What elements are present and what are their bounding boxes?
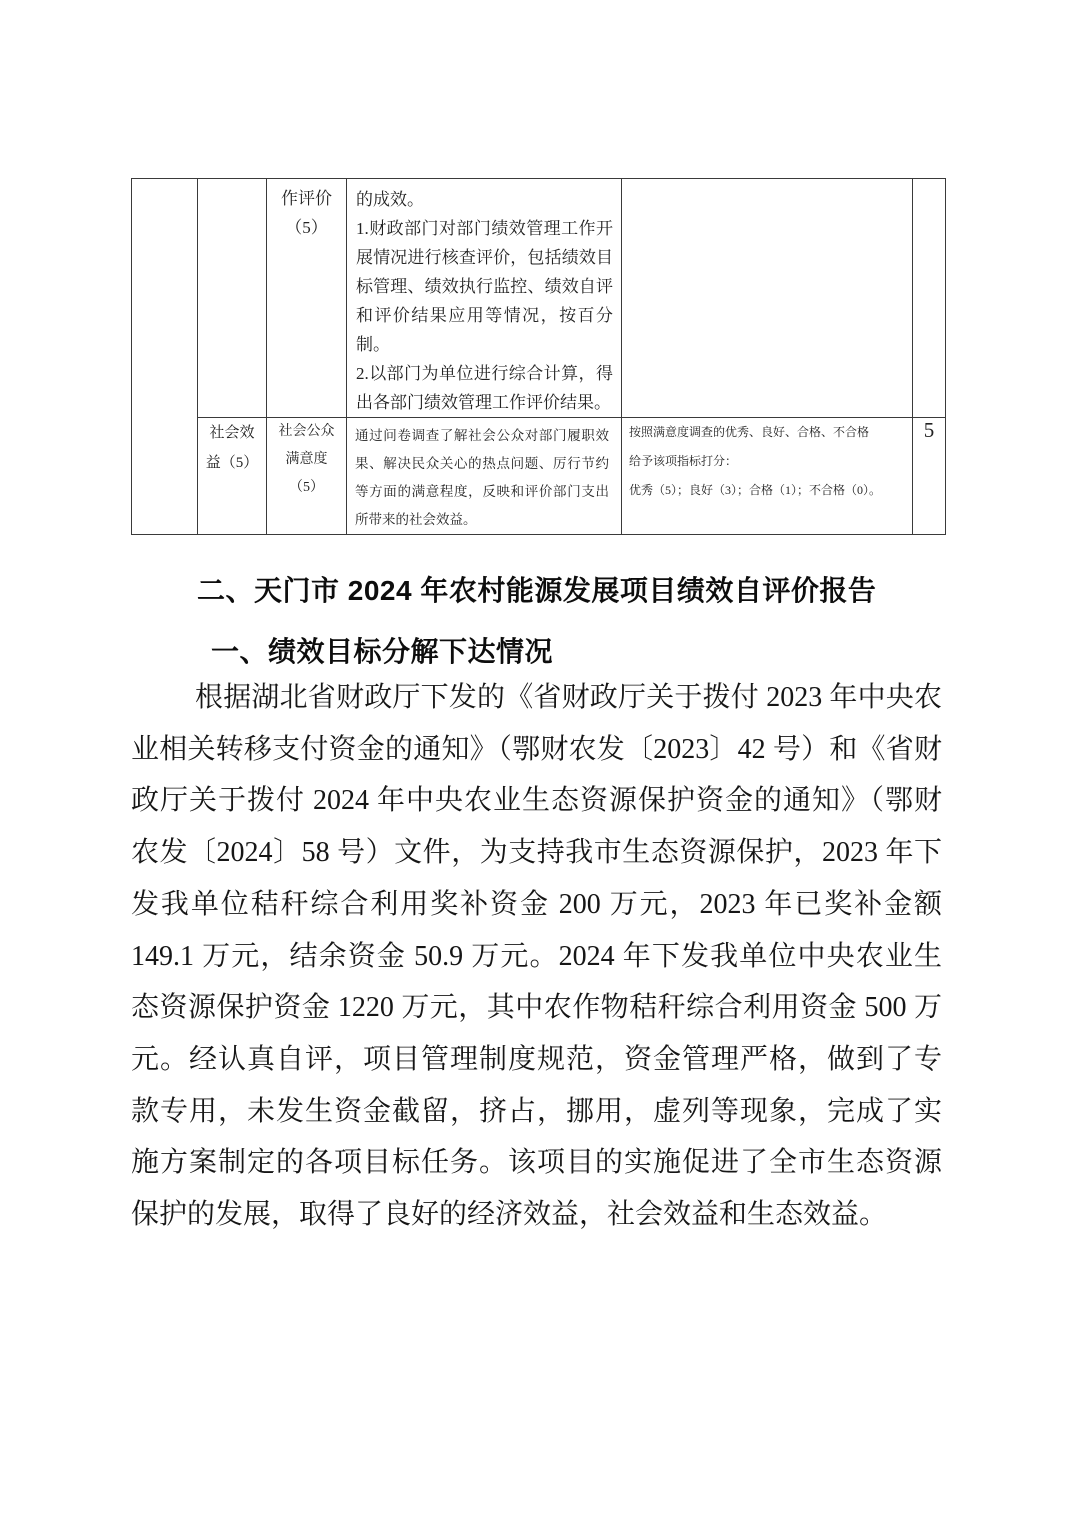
performance-indicator-table: 作评价（5） 的成效。 1.财政部门对部门绩效管理工作开展情况进行核查评价，包括… bbox=[131, 178, 946, 535]
cell-indicator-description: 的成效。 1.财政部门对部门绩效管理工作开展情况进行核查评价，包括绩效目标管理、… bbox=[347, 179, 622, 418]
document-page: 作评价（5） 的成效。 1.财政部门对部门绩效管理工作开展情况进行核查评价，包括… bbox=[0, 0, 1074, 1520]
cell-scoring-method-empty bbox=[622, 179, 913, 418]
section-heading-sub: 一、绩效目标分解下达情况 bbox=[131, 630, 944, 670]
table-row: 作评价（5） 的成效。 1.财政部门对部门绩效管理工作开展情况进行核查评价，包括… bbox=[132, 179, 946, 418]
cell-score-empty bbox=[913, 179, 946, 418]
cell-score-value: 5 bbox=[913, 418, 946, 535]
section-heading-main: 二、天门市 2024 年农村能源发展项目绩效自评价报告 bbox=[131, 569, 944, 609]
cell-level2-category: 社会效益（5） bbox=[198, 418, 267, 535]
table-row: 社会效益（5） 社会公众满意度（5） 通过问卷调查了解社会公众对部门履职效果、解… bbox=[132, 418, 946, 535]
cell-level2-category-empty bbox=[198, 179, 267, 418]
cell-indicator-name: 作评价（5） bbox=[267, 179, 347, 418]
body-paragraph: 根据湖北省财政厅下发的《省财政厅关于拨付 2023 年中央农业相关转移支付资金的… bbox=[131, 672, 942, 1241]
cell-scoring-method: 按照满意度调查的优秀、良好、合格、不合格 给予该项指标打分： 优秀（5）；良好（… bbox=[622, 418, 913, 535]
cell-indicator-description: 通过问卷调查了解社会公众对部门履职效果、解决民众关心的热点问题、厉行节约等方面的… bbox=[347, 418, 622, 535]
cell-indicator-name: 社会公众满意度（5） bbox=[267, 418, 347, 535]
cell-level1-category-continued bbox=[132, 179, 198, 535]
